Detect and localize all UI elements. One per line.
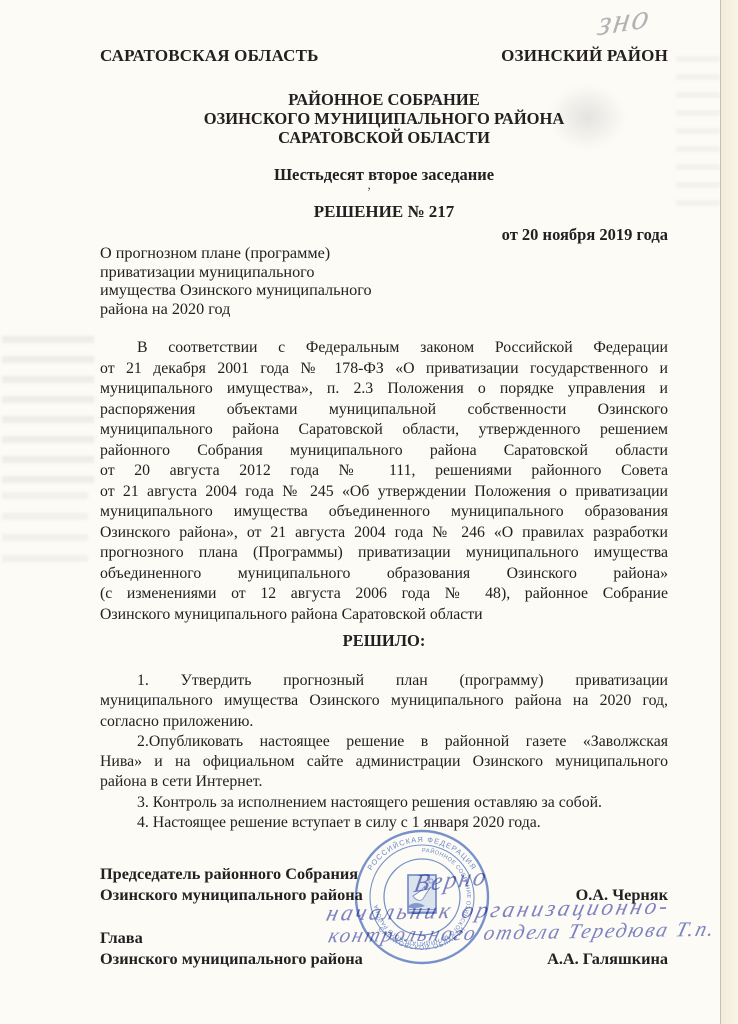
preamble-line: муниципального имущества», п. 2.3 Положе… bbox=[100, 379, 668, 400]
bleed-through-artifact bbox=[2, 492, 88, 576]
stray-pen-mark: ʼ bbox=[366, 184, 370, 200]
document-date: от 20 ноября 2019 года bbox=[100, 225, 668, 245]
item-line: 3. Контроль за исполнением настоящего ре… bbox=[100, 793, 668, 813]
item-line: 1. Утвердить прогнозный план (программу)… bbox=[100, 671, 668, 691]
resolved-heading: РЕШИЛО: bbox=[100, 631, 668, 651]
item-line: муниципального имущества Озинского муниц… bbox=[100, 691, 668, 711]
preamble-line: Озинского муниципального района Саратовс… bbox=[100, 605, 668, 626]
issuing-body-block: РАЙОННОЕ СОБРАНИЕ ОЗИНСКОГО МУНИЦИПАЛЬНО… bbox=[100, 90, 668, 147]
session-title: Шестьдесят второе заседание bbox=[100, 165, 668, 185]
head-name: А.А. Галяшкина bbox=[547, 949, 668, 969]
preamble-line: районного Собрания муниципального района… bbox=[100, 441, 668, 462]
preamble-line: объединенного муниципального образования… bbox=[100, 564, 668, 585]
document-title: РЕШЕНИЕ № 217 bbox=[100, 202, 668, 222]
subject-line: приватизации муниципального bbox=[100, 263, 668, 282]
preamble-line: от 20 августа 2012 года № 111, решениями… bbox=[100, 461, 668, 482]
district-name-right: ОЗИНСКИЙ РАЙОН bbox=[501, 46, 668, 66]
preamble-line: от 21 августа 2004 года № 245 «Об утверж… bbox=[100, 482, 668, 503]
preamble-line: (с изменениями от 12 августа 2006 года №… bbox=[100, 584, 668, 605]
preamble-line: распоряжения объектами муниципальной соб… bbox=[100, 400, 668, 421]
preamble-line: от 21 декабря 2001 года № 178-ФЗ «О прив… bbox=[100, 359, 668, 380]
org-line: ОЗИНСКОГО МУНИЦИПАЛЬНОГО РАЙОНА bbox=[100, 109, 668, 128]
item-line: Нива» и на официальном сайте администрац… bbox=[100, 752, 668, 772]
preamble-line: прогнозного плана (Программы) приватизац… bbox=[100, 543, 668, 564]
item-line: согласно приложению. bbox=[100, 712, 668, 732]
preamble-paragraph: В соответствии с Федеральным законом Рос… bbox=[100, 338, 668, 625]
bleed-through-artifact bbox=[676, 56, 720, 206]
region-name-left: САРАТОВСКАЯ ОБЛАСТЬ bbox=[100, 46, 319, 66]
subject-line: О прогнозном плане (программе) bbox=[100, 244, 668, 263]
preamble-line: муниципального района Саратовской област… bbox=[100, 420, 668, 441]
preamble-line: В соответствии с Федеральным законом Рос… bbox=[100, 338, 668, 359]
org-line: САРАТОВСКОЙ ОБЛАСТИ bbox=[100, 128, 668, 147]
org-line: РАЙОННОЕ СОБРАНИЕ bbox=[100, 90, 668, 109]
document-header: САРАТОВСКАЯ ОБЛАСТЬ ОЗИНСКИЙ РАЙОН bbox=[100, 46, 668, 66]
preamble-line: муниципального имущества объединенного м… bbox=[100, 502, 668, 523]
preamble-line: Озинского района», от 21 августа 2004 го… bbox=[100, 523, 668, 544]
scan-page-edge bbox=[720, 0, 738, 1024]
bleed-through-artifact bbox=[2, 336, 94, 486]
item-line: района в сети Интернет. bbox=[100, 772, 668, 792]
subject-block: О прогнозном плане (программе) приватиза… bbox=[100, 244, 668, 318]
scanned-document-page: зно САРАТОВСКАЯ ОБЛАСТЬ ОЗИНСКИЙ РАЙОН Р… bbox=[0, 0, 738, 1024]
handwritten-corner-note: зно bbox=[595, 0, 654, 45]
chairman-title-line2: Озинского муниципального района bbox=[100, 885, 363, 905]
resolution-items: 1. Утвердить прогнозный план (программу)… bbox=[100, 671, 668, 833]
subject-line: имущества Озинского муниципального bbox=[100, 281, 668, 300]
head-title-line2: Озинского муниципального района bbox=[100, 949, 363, 969]
subject-line: района на 2020 год bbox=[100, 300, 668, 319]
item-line: 2.Опубликовать настоящее решение в район… bbox=[100, 732, 668, 752]
